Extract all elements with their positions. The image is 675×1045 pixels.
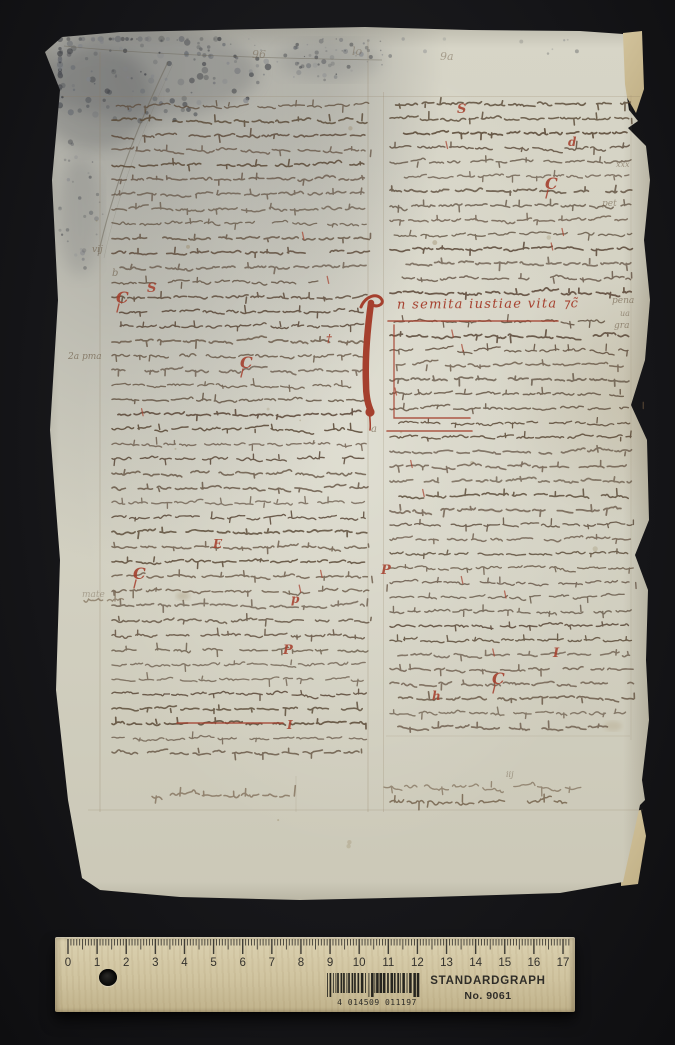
- ruler-number: 2: [123, 957, 129, 969]
- margin-note: 9a: [440, 50, 454, 63]
- ruler-number: 0: [65, 957, 71, 969]
- mold-stains-layer: [33, 26, 653, 908]
- ruler-number: 5: [210, 957, 216, 969]
- ruler-number: 10: [353, 957, 366, 969]
- ruler-number: 17: [557, 957, 570, 969]
- model-number-label: No. 9061: [427, 990, 549, 1002]
- ruler-number: 14: [469, 957, 482, 969]
- photograph-stage: CCCCCS†EpPISdPIh n semita iustiae vita ⁊…: [0, 0, 675, 1045]
- ruler-number: 6: [240, 957, 246, 969]
- ruler-number: 1: [94, 957, 100, 969]
- margin-note: xxx: [616, 160, 630, 169]
- manuscript-page: [33, 26, 653, 908]
- brand-label: STANDARDGRAPH: [427, 975, 549, 987]
- ruler-number: 16: [527, 957, 540, 969]
- ruler-number: 11: [382, 957, 394, 969]
- margin-note: iij: [506, 770, 514, 779]
- margin-note: 2a pma: [68, 352, 102, 362]
- margin-note: 96: [252, 48, 266, 61]
- margin-note: gra: [614, 321, 629, 331]
- barcode-digits: 4 014509 011197: [327, 998, 427, 1007]
- margin-note: mate: [82, 590, 105, 600]
- margin-note: b: [112, 268, 118, 279]
- ruler-number: 7: [269, 957, 275, 969]
- ruler-number: 15: [498, 957, 511, 969]
- margin-note: vij: [92, 245, 103, 255]
- ruler-number: 4: [181, 957, 187, 969]
- ruler-number: 9: [327, 957, 333, 969]
- ruler-hanging-hole: [99, 969, 117, 986]
- measuring-ruler: 01234567891011121314151617 4 014509 0111…: [55, 937, 575, 1012]
- margin-note: pet: [602, 199, 617, 209]
- margin-note: a: [371, 424, 377, 435]
- ruler-number: 3: [152, 957, 158, 969]
- ruler-number: 8: [298, 957, 304, 969]
- ruler-number: 13: [440, 957, 453, 969]
- ruler-branding: STANDARDGRAPH No. 9061: [427, 975, 549, 1002]
- margin-note: pena: [612, 296, 634, 306]
- margin-note: lo: [352, 45, 362, 58]
- barcode-bars: [327, 973, 421, 997]
- age-spots: [96, 126, 622, 848]
- ruler-tick-marks: [55, 937, 575, 957]
- barcode: 4 014509 011197: [327, 973, 427, 1009]
- rubric-heading: n semita iustiae vita ⁊c̃: [397, 296, 579, 312]
- margin-note: ua: [620, 309, 630, 318]
- mold-stains: [33, 26, 579, 276]
- ruler-number: 12: [411, 957, 424, 969]
